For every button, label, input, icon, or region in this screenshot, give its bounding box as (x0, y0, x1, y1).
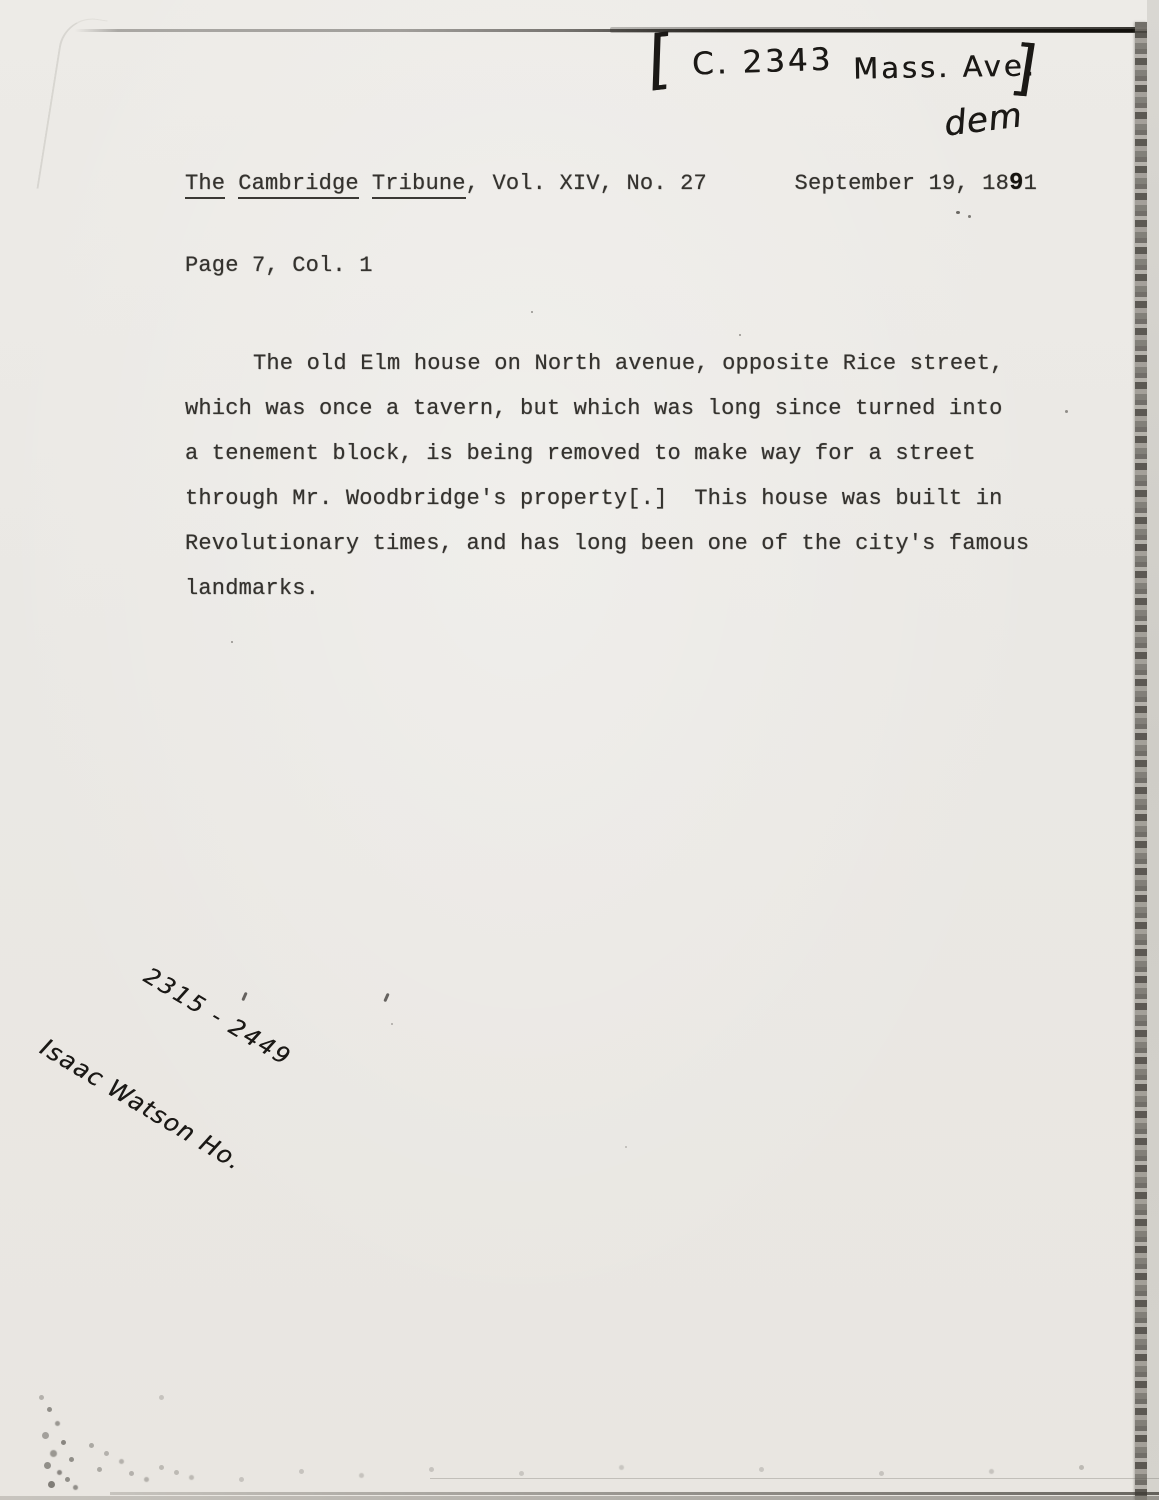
scan-bottom-edge-line (110, 1492, 1159, 1495)
scan-bottom-band (0, 1496, 1159, 1500)
scan-speck (391, 1023, 393, 1025)
handwritten-catalog-code: C. 2343 (691, 42, 833, 83)
handwritten-open-bracket: [ (647, 26, 674, 93)
handwritten-close-bracket: ] (1007, 37, 1040, 98)
article-line: landmarks. (185, 566, 1065, 611)
pen-dot-under-date (968, 215, 971, 218)
scan-right-margin (1147, 0, 1159, 1500)
pen-tick-mark (383, 993, 389, 1002)
article-line: Revolutionary times, and has long been o… (185, 521, 1065, 566)
scan-speck (531, 311, 533, 313)
scan-noise-speckles (0, 0, 3, 3)
masthead-word: Cambridge (238, 171, 359, 199)
scanned-document-page: [ C. 2343 Mass. Ave. ] dem TheCambridgeT… (0, 0, 1159, 1500)
pen-dot-under-date (956, 211, 960, 214)
scan-speck (1065, 410, 1068, 413)
citation-header: TheCambridgeTribune, Vol. XIV, No. 27 Se… (185, 170, 1037, 199)
scan-bottom-faint-line (430, 1478, 1159, 1479)
article-line: a tenement block, is being removed to ma… (185, 431, 1065, 476)
page-column-reference: Page 7, Col. 1 (185, 253, 373, 278)
pen-overwritten-digit: 9 (1009, 170, 1024, 197)
scan-binding-edge-band (1135, 22, 1147, 1500)
issue-date-prefix: September 19, 18 (795, 171, 1009, 196)
scan-top-rule-dark-segment (610, 27, 1159, 33)
article-line: The old Elm house on North avenue, oppos… (185, 341, 1065, 386)
issue-date: September 19, 1891 (795, 170, 1037, 197)
handwritten-initials: dem (942, 95, 1025, 144)
scan-speck (739, 334, 741, 336)
scan-speck (625, 1146, 627, 1148)
page-corner-curl-mark (36, 14, 107, 196)
masthead-title: TheCambridgeTribune, Vol. XIV, No. 27 (185, 171, 707, 199)
scan-speck (231, 641, 233, 643)
article-line: through Mr. Woodbridge's property[.] Thi… (185, 476, 1065, 521)
handwritten-house-label: Isaac Watson Ho. (33, 1029, 250, 1180)
masthead-word: The (185, 171, 225, 199)
handwritten-bottom-note: 2315 - 2449 Isaac Watson Ho. (0, 866, 348, 1245)
issue-date-suffix: 1 (1024, 171, 1037, 196)
article-body: The old Elm house on North avenue, oppos… (185, 341, 1065, 611)
volume-issue: , Vol. XIV, No. 27 (466, 171, 707, 196)
handwritten-address-range: 2315 - 2449 (91, 931, 308, 1082)
masthead-word: Tribune (372, 171, 466, 199)
article-line: which was once a tavern, but which was l… (185, 386, 1065, 431)
